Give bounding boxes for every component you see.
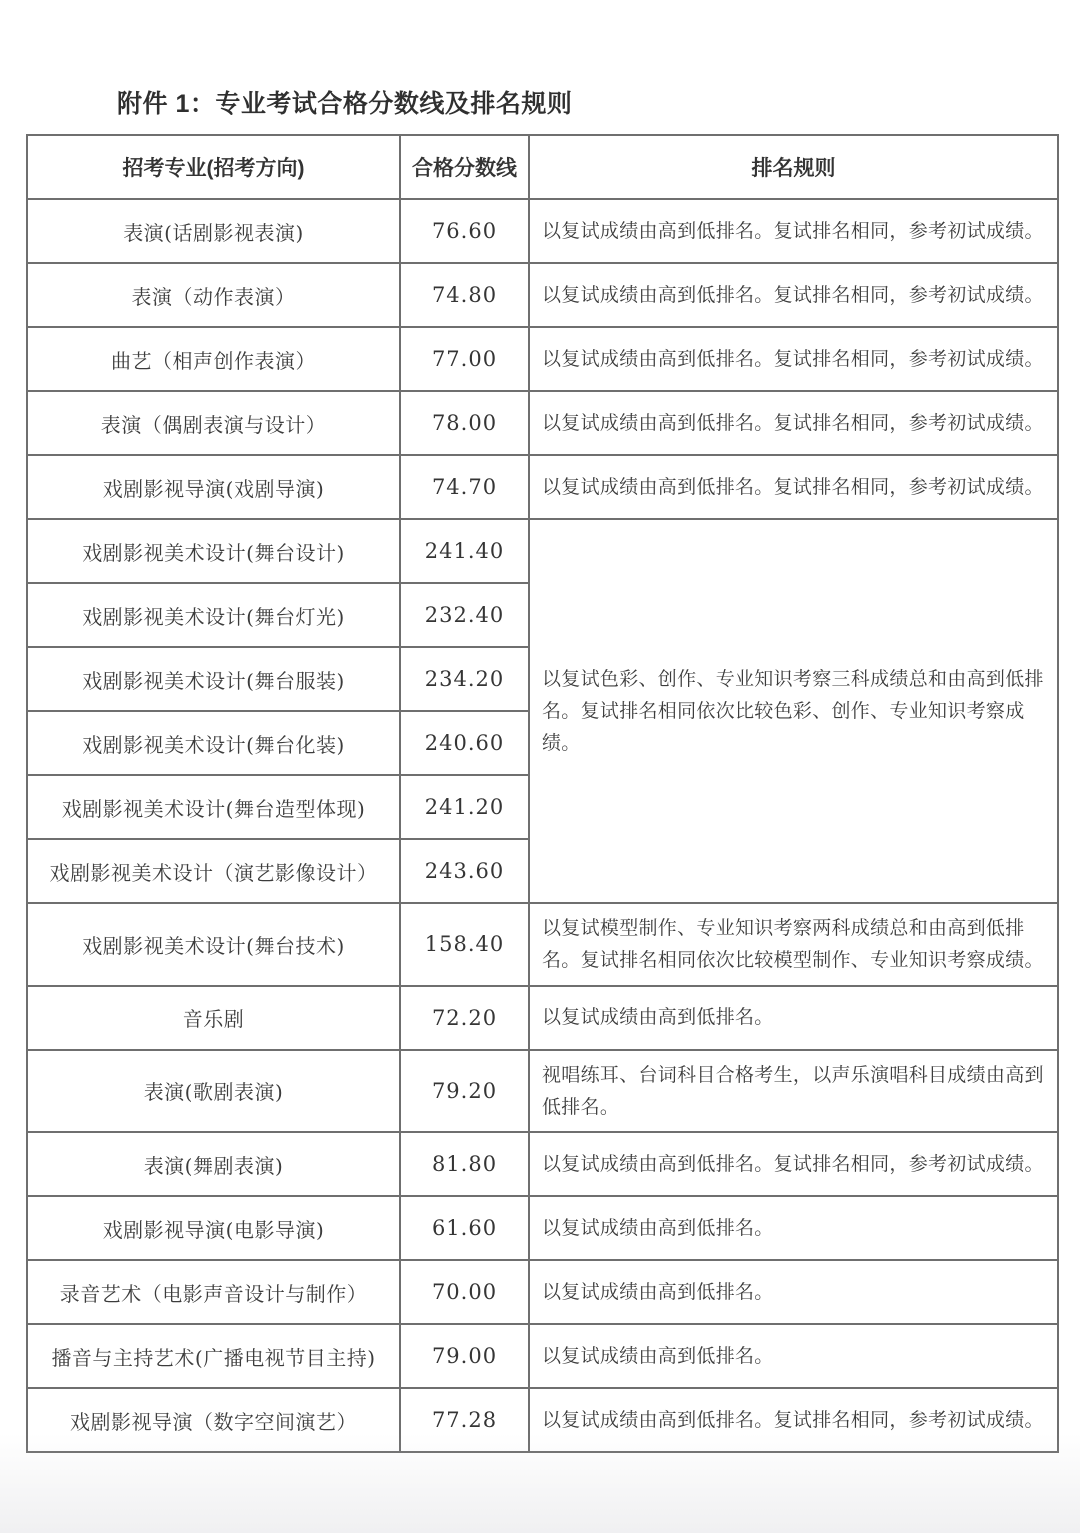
major-cell: 戏剧影视导演(戏剧导演) [27,455,400,519]
header-rule: 排名规则 [529,135,1058,199]
score-cell: 241.40 [400,519,529,583]
table-row: 戏剧影视导演(电影导演) 61.60 以复试成绩由高到低排名。 [27,1196,1058,1260]
score-cell: 79.00 [400,1324,529,1388]
score-cell: 77.00 [400,327,529,391]
major-cell: 录音艺术（电影声音设计与制作） [27,1260,400,1324]
rule-cell: 以复试成绩由高到低排名。 [529,1324,1058,1388]
table-row: 曲艺（相声创作表演） 77.00 以复试成绩由高到低排名。复试排名相同，参考初试… [27,327,1058,391]
major-cell: 戏剧影视美术设计（演艺影像设计） [27,839,400,903]
score-cell: 77.28 [400,1388,529,1452]
rule-cell: 以复试成绩由高到低排名。复试排名相同，参考初试成绩。 [529,327,1058,391]
table-header-row: 招考专业(招考方向) 合格分数线 排名规则 [27,135,1058,199]
score-cell: 79.20 [400,1050,529,1133]
score-table: 招考专业(招考方向) 合格分数线 排名规则 表演(话剧影视表演) 76.60 以… [26,134,1059,1453]
score-cell: 72.20 [400,986,529,1050]
rule-cell-merged: 以复试色彩、创作、专业知识考察三科成绩总和由高到低排名。复试排名相同依次比较色彩… [529,519,1058,903]
major-cell: 戏剧影视美术设计(舞台造型体现) [27,775,400,839]
document-page: 附件 1：专业考试合格分数线及排名规则 招考专业(招考方向) 合格分数线 排名规… [0,0,1080,1533]
rule-cell: 以复试成绩由高到低排名。 [529,1196,1058,1260]
major-cell: 戏剧影视美术设计(舞台服装) [27,647,400,711]
major-cell: 表演(舞剧表演) [27,1132,400,1196]
table-row: 表演(歌剧表演) 79.20 视唱练耳、台词科目合格考生，以声乐演唱科目成绩由高… [27,1050,1058,1133]
table-row: 表演（动作表演） 74.80 以复试成绩由高到低排名。复试排名相同，参考初试成绩… [27,263,1058,327]
major-cell: 戏剧影视美术设计(舞台灯光) [27,583,400,647]
score-cell: 232.40 [400,583,529,647]
table-row: 表演（偶剧表演与设计） 78.00 以复试成绩由高到低排名。复试排名相同，参考初… [27,391,1058,455]
table-row: 戏剧影视导演(戏剧导演) 74.70 以复试成绩由高到低排名。复试排名相同，参考… [27,455,1058,519]
score-cell: 240.60 [400,711,529,775]
rule-cell: 视唱练耳、台词科目合格考生，以声乐演唱科目成绩由高到低排名。 [529,1050,1058,1133]
major-cell: 表演(话剧影视表演) [27,199,400,263]
rule-cell: 以复试成绩由高到低排名。 [529,1260,1058,1324]
header-major: 招考专业(招考方向) [27,135,400,199]
rule-cell: 以复试成绩由高到低排名。复试排名相同，参考初试成绩。 [529,1388,1058,1452]
score-cell: 158.40 [400,903,529,986]
score-cell: 74.70 [400,455,529,519]
header-score: 合格分数线 [400,135,529,199]
major-cell: 戏剧影视导演(电影导演) [27,1196,400,1260]
rule-cell: 以复试成绩由高到低排名。复试排名相同，参考初试成绩。 [529,455,1058,519]
major-cell: 播音与主持艺术(广播电视节目主持) [27,1324,400,1388]
table-row: 表演(话剧影视表演) 76.60 以复试成绩由高到低排名。复试排名相同，参考初试… [27,199,1058,263]
score-cell: 241.20 [400,775,529,839]
rule-cell: 以复试成绩由高到低排名。复试排名相同，参考初试成绩。 [529,391,1058,455]
major-cell: 音乐剧 [27,986,400,1050]
table-row: 播音与主持艺术(广播电视节目主持) 79.00 以复试成绩由高到低排名。 [27,1324,1058,1388]
score-cell: 81.80 [400,1132,529,1196]
table-row: 录音艺术（电影声音设计与制作） 70.00 以复试成绩由高到低排名。 [27,1260,1058,1324]
major-cell: 戏剧影视导演（数字空间演艺） [27,1388,400,1452]
major-cell: 戏剧影视美术设计(舞台技术) [27,903,400,986]
major-cell: 表演（动作表演） [27,263,400,327]
score-cell: 78.00 [400,391,529,455]
table-row: 戏剧影视美术设计(舞台技术) 158.40 以复试模型制作、专业知识考察两科成绩… [27,903,1058,986]
score-cell: 76.60 [400,199,529,263]
score-cell: 61.60 [400,1196,529,1260]
major-cell: 曲艺（相声创作表演） [27,327,400,391]
rule-cell: 以复试成绩由高到低排名。复试排名相同，参考初试成绩。 [529,263,1058,327]
score-cell: 74.80 [400,263,529,327]
table-row: 戏剧影视美术设计(舞台设计) 241.40 以复试色彩、创作、专业知识考察三科成… [27,519,1058,583]
major-cell: 表演（偶剧表演与设计） [27,391,400,455]
table-row: 音乐剧 72.20 以复试成绩由高到低排名。 [27,986,1058,1050]
rule-cell: 以复试成绩由高到低排名。复试排名相同，参考初试成绩。 [529,199,1058,263]
rule-cell: 以复试模型制作、专业知识考察两科成绩总和由高到低排名。复试排名相同依次比较模型制… [529,903,1058,986]
table-row: 戏剧影视导演（数字空间演艺） 77.28 以复试成绩由高到低排名。复试排名相同，… [27,1388,1058,1452]
score-cell: 243.60 [400,839,529,903]
major-cell: 戏剧影视美术设计(舞台设计) [27,519,400,583]
table-row: 表演(舞剧表演) 81.80 以复试成绩由高到低排名。复试排名相同，参考初试成绩… [27,1132,1058,1196]
rule-cell: 以复试成绩由高到低排名。复试排名相同，参考初试成绩。 [529,1132,1058,1196]
score-cell: 70.00 [400,1260,529,1324]
rule-cell: 以复试成绩由高到低排名。 [529,986,1058,1050]
score-cell: 234.20 [400,647,529,711]
major-cell: 表演(歌剧表演) [27,1050,400,1133]
major-cell: 戏剧影视美术设计(舞台化装) [27,711,400,775]
page-title: 附件 1：专业考试合格分数线及排名规则 [117,84,572,120]
